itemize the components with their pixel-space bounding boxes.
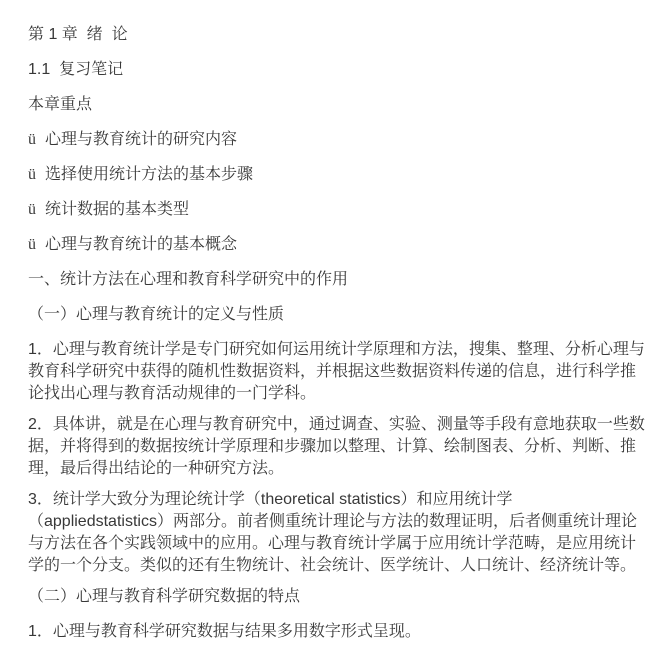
subsection-heading-2: （二）心理与教育科学研究数据的特点: [28, 586, 646, 608]
paragraph-classification: 3．统计学大致分为理论统计学（theoretical statistics）和应…: [28, 489, 646, 577]
section-heading: 1.1 复习笔记: [28, 59, 646, 81]
key-point-item: ü心理与教育统计的研究内容: [28, 129, 646, 151]
paragraph-method: 2．具体讲，就是在心理与教育研究中，通过调查、实验、测量等手段有意地获取一些数据…: [28, 414, 646, 480]
part-heading: 一、统计方法在心理和教育科学研究中的作用: [28, 269, 646, 291]
paragraph-data-feature: 1．心理与教育科学研究数据与结果多用数字形式呈现。: [28, 621, 646, 643]
key-point-text: 心理与教育统计的研究内容: [45, 131, 237, 148]
check-bullet-icon: ü: [28, 236, 36, 253]
check-bullet-icon: ü: [28, 201, 36, 218]
chapter-heading: 第 1 章 绪 论: [28, 24, 646, 46]
key-point-item: ü心理与教育统计的基本概念: [28, 234, 646, 256]
key-points-heading: 本章重点: [28, 94, 646, 116]
key-point-text: 选择使用统计方法的基本步骤: [45, 166, 253, 183]
paragraph-definition: 1．心理与教育统计学是专门研究如何运用统计学原理和方法，搜集、整理、分析心理与教…: [28, 339, 646, 405]
check-bullet-icon: ü: [28, 131, 36, 148]
key-point-item: ü选择使用统计方法的基本步骤: [28, 164, 646, 186]
check-bullet-icon: ü: [28, 166, 36, 183]
key-point-text: 统计数据的基本类型: [45, 201, 189, 218]
key-point-item: ü统计数据的基本类型: [28, 199, 646, 221]
document-page: 第 1 章 绪 论 1.1 复习笔记 本章重点 ü心理与教育统计的研究内容 ü选…: [0, 0, 672, 665]
subsection-heading-1: （一）心理与教育统计的定义与性质: [28, 304, 646, 326]
key-point-text: 心理与教育统计的基本概念: [45, 236, 237, 253]
